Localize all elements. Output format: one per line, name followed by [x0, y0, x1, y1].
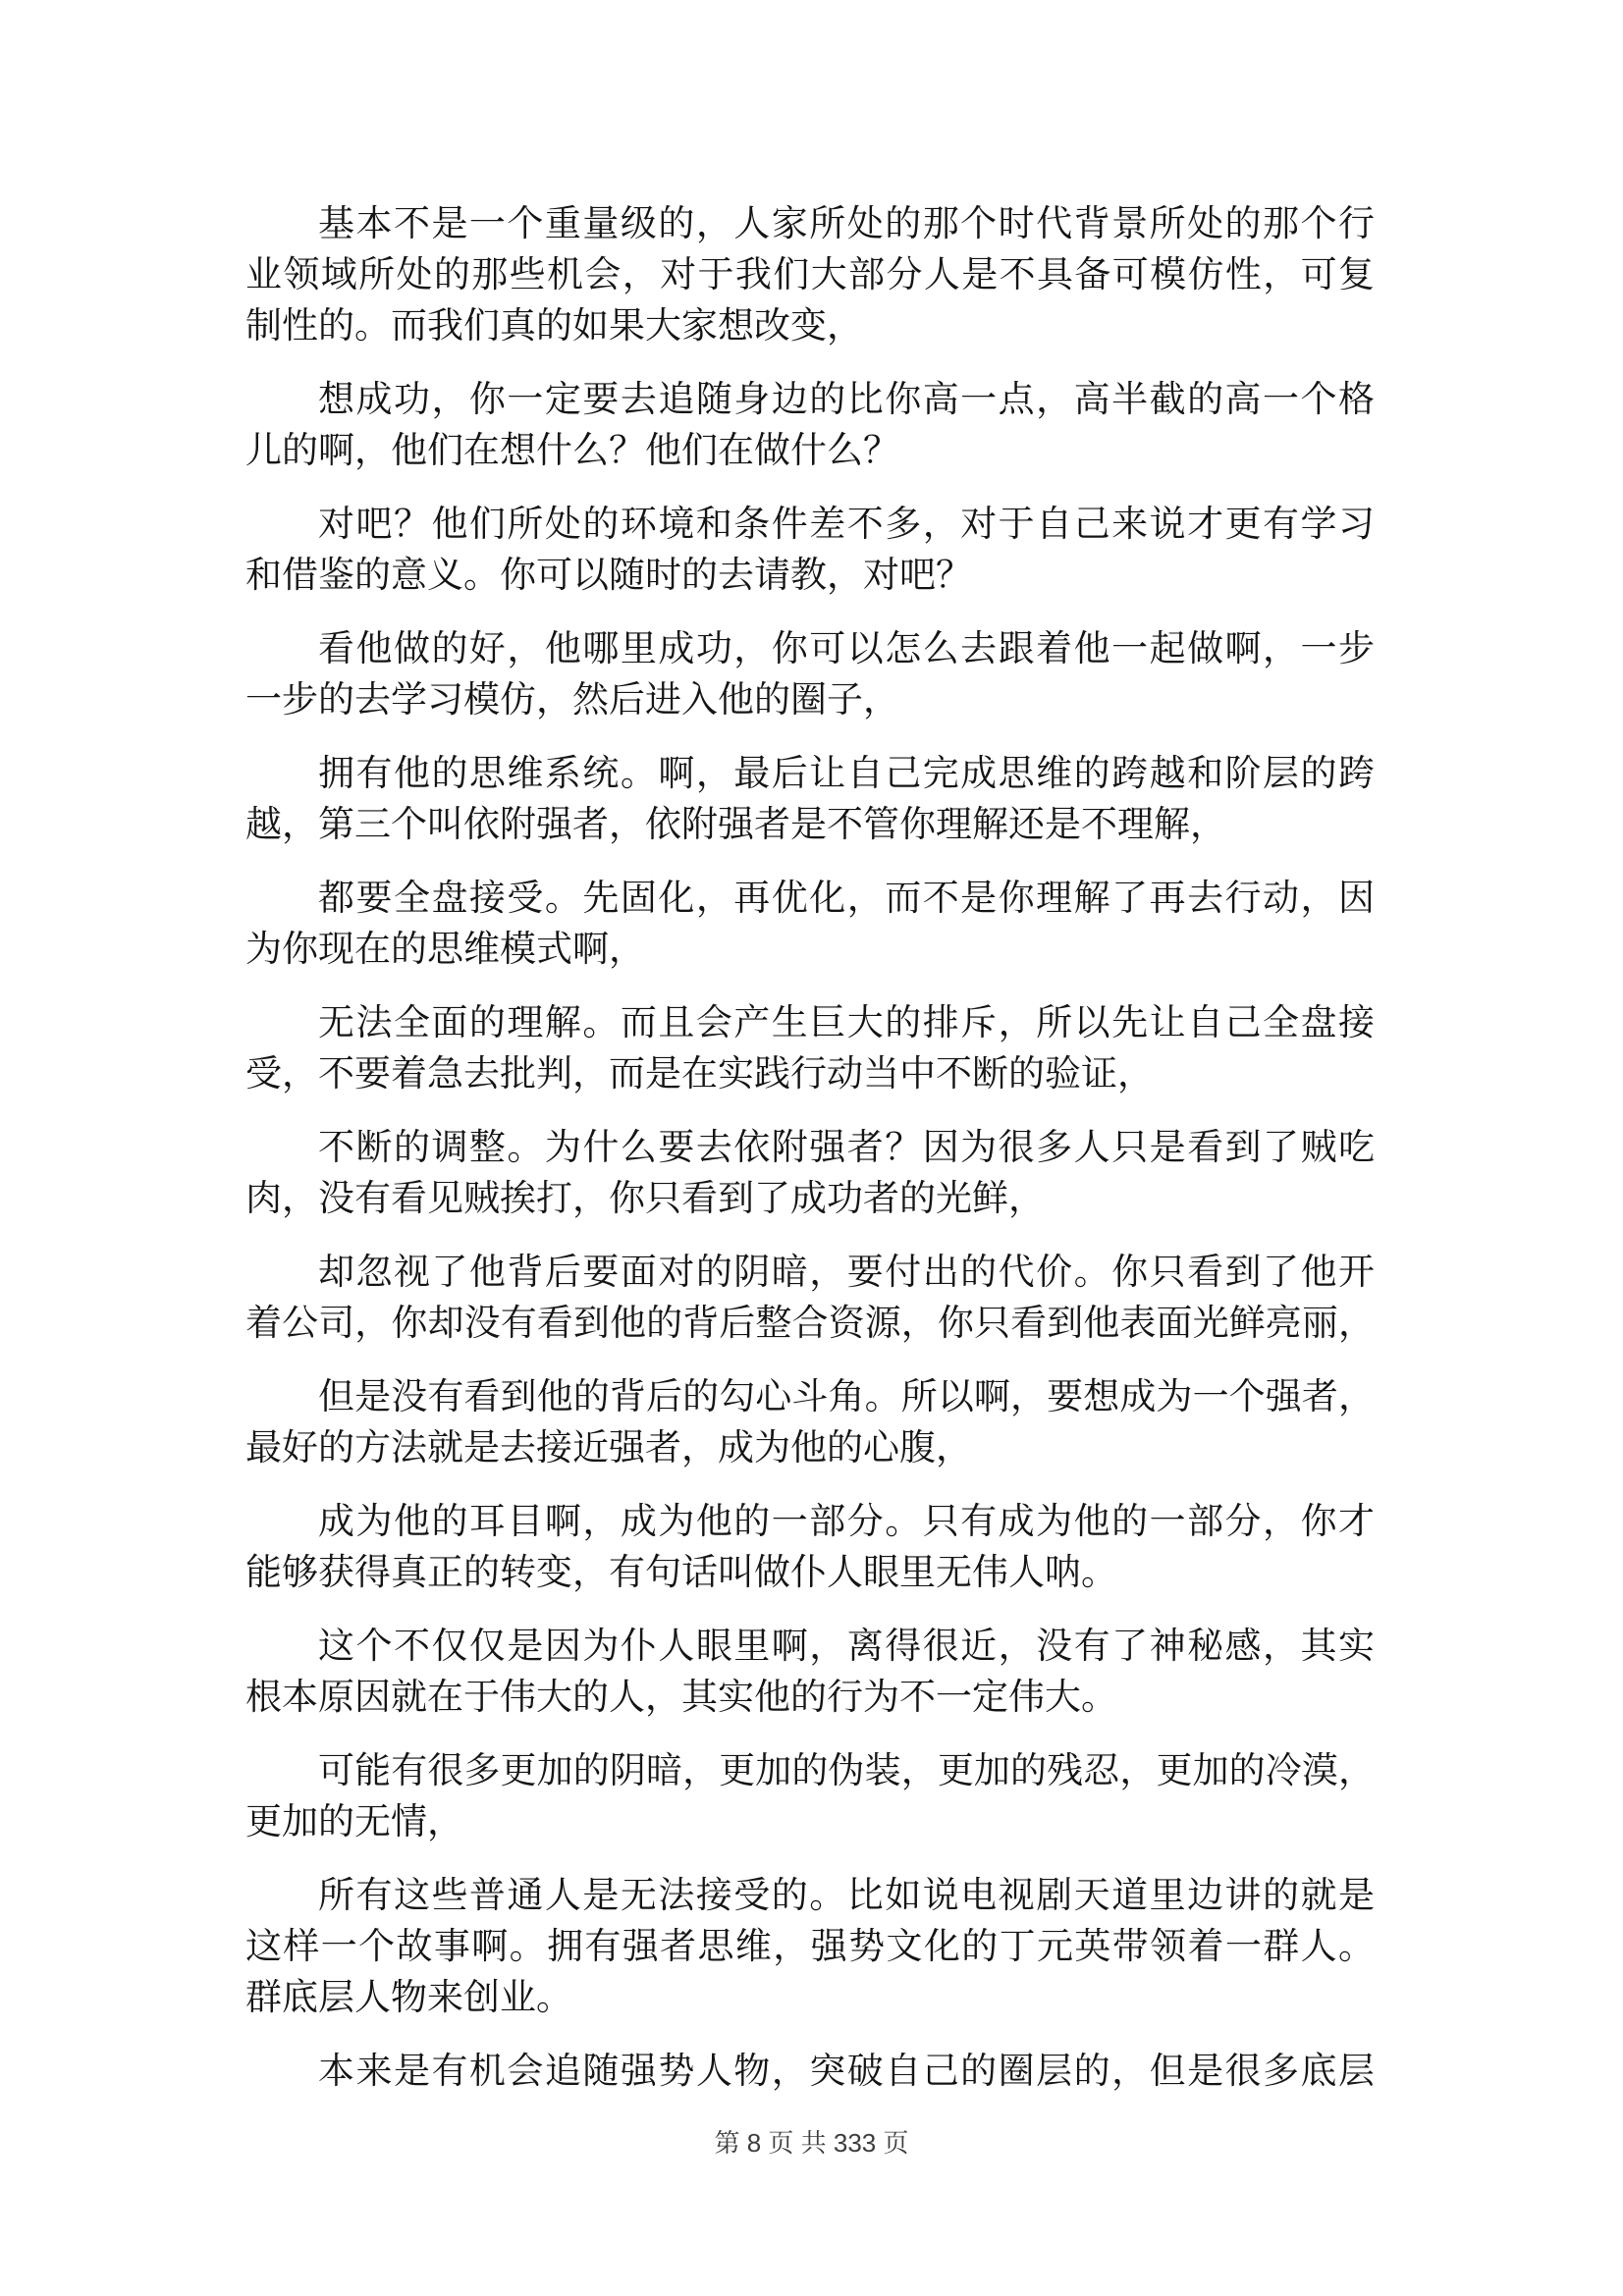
paragraph: 却忽视了他背后要面对的阴暗，要付出的代价。你只看到了他开 着公司，你却没有看到他… — [245, 1247, 1375, 1349]
paragraph: 可能有很多更加的阴暗，更加的伪装，更加的残忍，更加的冷漠， 更加的无情， — [245, 1745, 1375, 1847]
text-line: 但是没有看到他的背后的勾心斗角。所以啊，要想成为一个强者， — [245, 1371, 1375, 1422]
document-body: 基本不是一个重量级的，人家所处的那个时代背景所处的那个行 业领域所处的那些机会，… — [245, 198, 1375, 2097]
paragraph: 看他做的好，他哪里成功，你可以怎么去跟着他一起做啊，一步 一步的去学习模仿，然后… — [245, 623, 1375, 725]
text-line: 拥有他的思维系统。啊，最后让自己完成思维的跨越和阶层的跨 — [245, 748, 1375, 799]
text-line: 群底层人物来创业。 — [245, 1972, 1375, 2023]
text-line: 一步的去学习模仿，然后进入他的圈子， — [245, 674, 1375, 725]
text-line: 本来是有机会追随强势人物，突破自己的圈层的，但是很多底层 — [245, 2046, 1375, 2097]
text-line: 这样一个故事啊。拥有强者思维，强势文化的丁元英带领着一群人。 — [245, 1921, 1375, 1972]
text-line: 越，第三个叫依附强者，依附强者是不管你理解还是不理解， — [245, 799, 1375, 850]
paragraph: 这个不仅仅是因为仆人眼里啊，离得很近，没有了神秘感，其实 根本原因就在于伟大的人… — [245, 1621, 1375, 1723]
text-line: 最好的方法就是去接近强者，成为他的心腹， — [245, 1422, 1375, 1473]
text-line: 想成功，你一定要去追随身边的比你高一点，高半截的高一个格 — [245, 374, 1375, 425]
text-line: 制性的。而我们真的如果大家想改变， — [245, 300, 1375, 351]
document-page: 基本不是一个重量级的，人家所处的那个时代背景所处的那个行 业领域所处的那些机会，… — [0, 0, 1623, 2296]
text-line: 业领域所处的那些机会，对于我们大部分人是不具备可模仿性，可复 — [245, 249, 1375, 300]
paragraph: 基本不是一个重量级的，人家所处的那个时代背景所处的那个行 业领域所处的那些机会，… — [245, 198, 1375, 351]
paragraph: 对吧？他们所处的环境和条件差不多，对于自己来说才更有学习 和借鉴的意义。你可以随… — [245, 499, 1375, 601]
text-line: 为你现在的思维模式啊， — [245, 924, 1375, 975]
paragraph: 都要全盘接受。先固化，再优化，而不是你理解了再去行动，因 为你现在的思维模式啊， — [245, 873, 1375, 975]
page-footer: 第 8 页 共 333 页 — [0, 2128, 1623, 2158]
paragraph: 所有这些普通人是无法接受的。比如说电视剧天道里边讲的就是 这样一个故事啊。拥有强… — [245, 1870, 1375, 2023]
text-line: 成为他的耳目啊，成为他的一部分。只有成为他的一部分，你才 — [245, 1496, 1375, 1547]
text-line: 受，不要着急去批判，而是在实践行动当中不断的验证， — [245, 1048, 1375, 1099]
text-line: 根本原因就在于伟大的人，其实他的行为不一定伟大。 — [245, 1672, 1375, 1723]
text-line: 更加的无情， — [245, 1796, 1375, 1847]
text-line: 对吧？他们所处的环境和条件差不多，对于自己来说才更有学习 — [245, 499, 1375, 550]
paragraph: 但是没有看到他的背后的勾心斗角。所以啊，要想成为一个强者， 最好的方法就是去接近… — [245, 1371, 1375, 1473]
text-line: 和借鉴的意义。你可以随时的去请教，对吧？ — [245, 550, 1375, 601]
paragraph: 想成功，你一定要去追随身边的比你高一点，高半截的高一个格 儿的啊，他们在想什么？… — [245, 374, 1375, 476]
text-line: 可能有很多更加的阴暗，更加的伪装，更加的残忍，更加的冷漠， — [245, 1745, 1375, 1796]
text-line: 看他做的好，他哪里成功，你可以怎么去跟着他一起做啊，一步 — [245, 623, 1375, 674]
text-line: 儿的啊，他们在想什么？他们在做什么？ — [245, 425, 1375, 476]
text-line: 着公司，你却没有看到他的背后整合资源，你只看到他表面光鲜亮丽， — [245, 1298, 1375, 1349]
text-line: 无法全面的理解。而且会产生巨大的排斥，所以先让自己全盘接 — [245, 997, 1375, 1048]
text-line: 肉，没有看见贼挨打，你只看到了成功者的光鲜， — [245, 1173, 1375, 1224]
text-line: 不断的调整。为什么要去依附强者？因为很多人只是看到了贼吃 — [245, 1122, 1375, 1173]
text-line: 却忽视了他背后要面对的阴暗，要付出的代价。你只看到了他开 — [245, 1247, 1375, 1298]
paragraph: 成为他的耳目啊，成为他的一部分。只有成为他的一部分，你才 能够获得真正的转变，有… — [245, 1496, 1375, 1598]
paragraph: 拥有他的思维系统。啊，最后让自己完成思维的跨越和阶层的跨 越，第三个叫依附强者，… — [245, 748, 1375, 850]
paragraph: 无法全面的理解。而且会产生巨大的排斥，所以先让自己全盘接 受，不要着急去批判，而… — [245, 997, 1375, 1099]
text-line: 能够获得真正的转变，有句话叫做仆人眼里无伟人呐。 — [245, 1547, 1375, 1598]
paragraph: 本来是有机会追随强势人物，突破自己的圈层的，但是很多底层 — [245, 2046, 1375, 2097]
text-line: 这个不仅仅是因为仆人眼里啊，离得很近，没有了神秘感，其实 — [245, 1621, 1375, 1672]
text-line: 都要全盘接受。先固化，再优化，而不是你理解了再去行动，因 — [245, 873, 1375, 924]
text-line: 所有这些普通人是无法接受的。比如说电视剧天道里边讲的就是 — [245, 1870, 1375, 1921]
text-line: 基本不是一个重量级的，人家所处的那个时代背景所处的那个行 — [245, 198, 1375, 249]
paragraph: 不断的调整。为什么要去依附强者？因为很多人只是看到了贼吃 肉，没有看见贼挨打，你… — [245, 1122, 1375, 1224]
page-number-label: 第 8 页 共 333 页 — [715, 2128, 909, 2158]
